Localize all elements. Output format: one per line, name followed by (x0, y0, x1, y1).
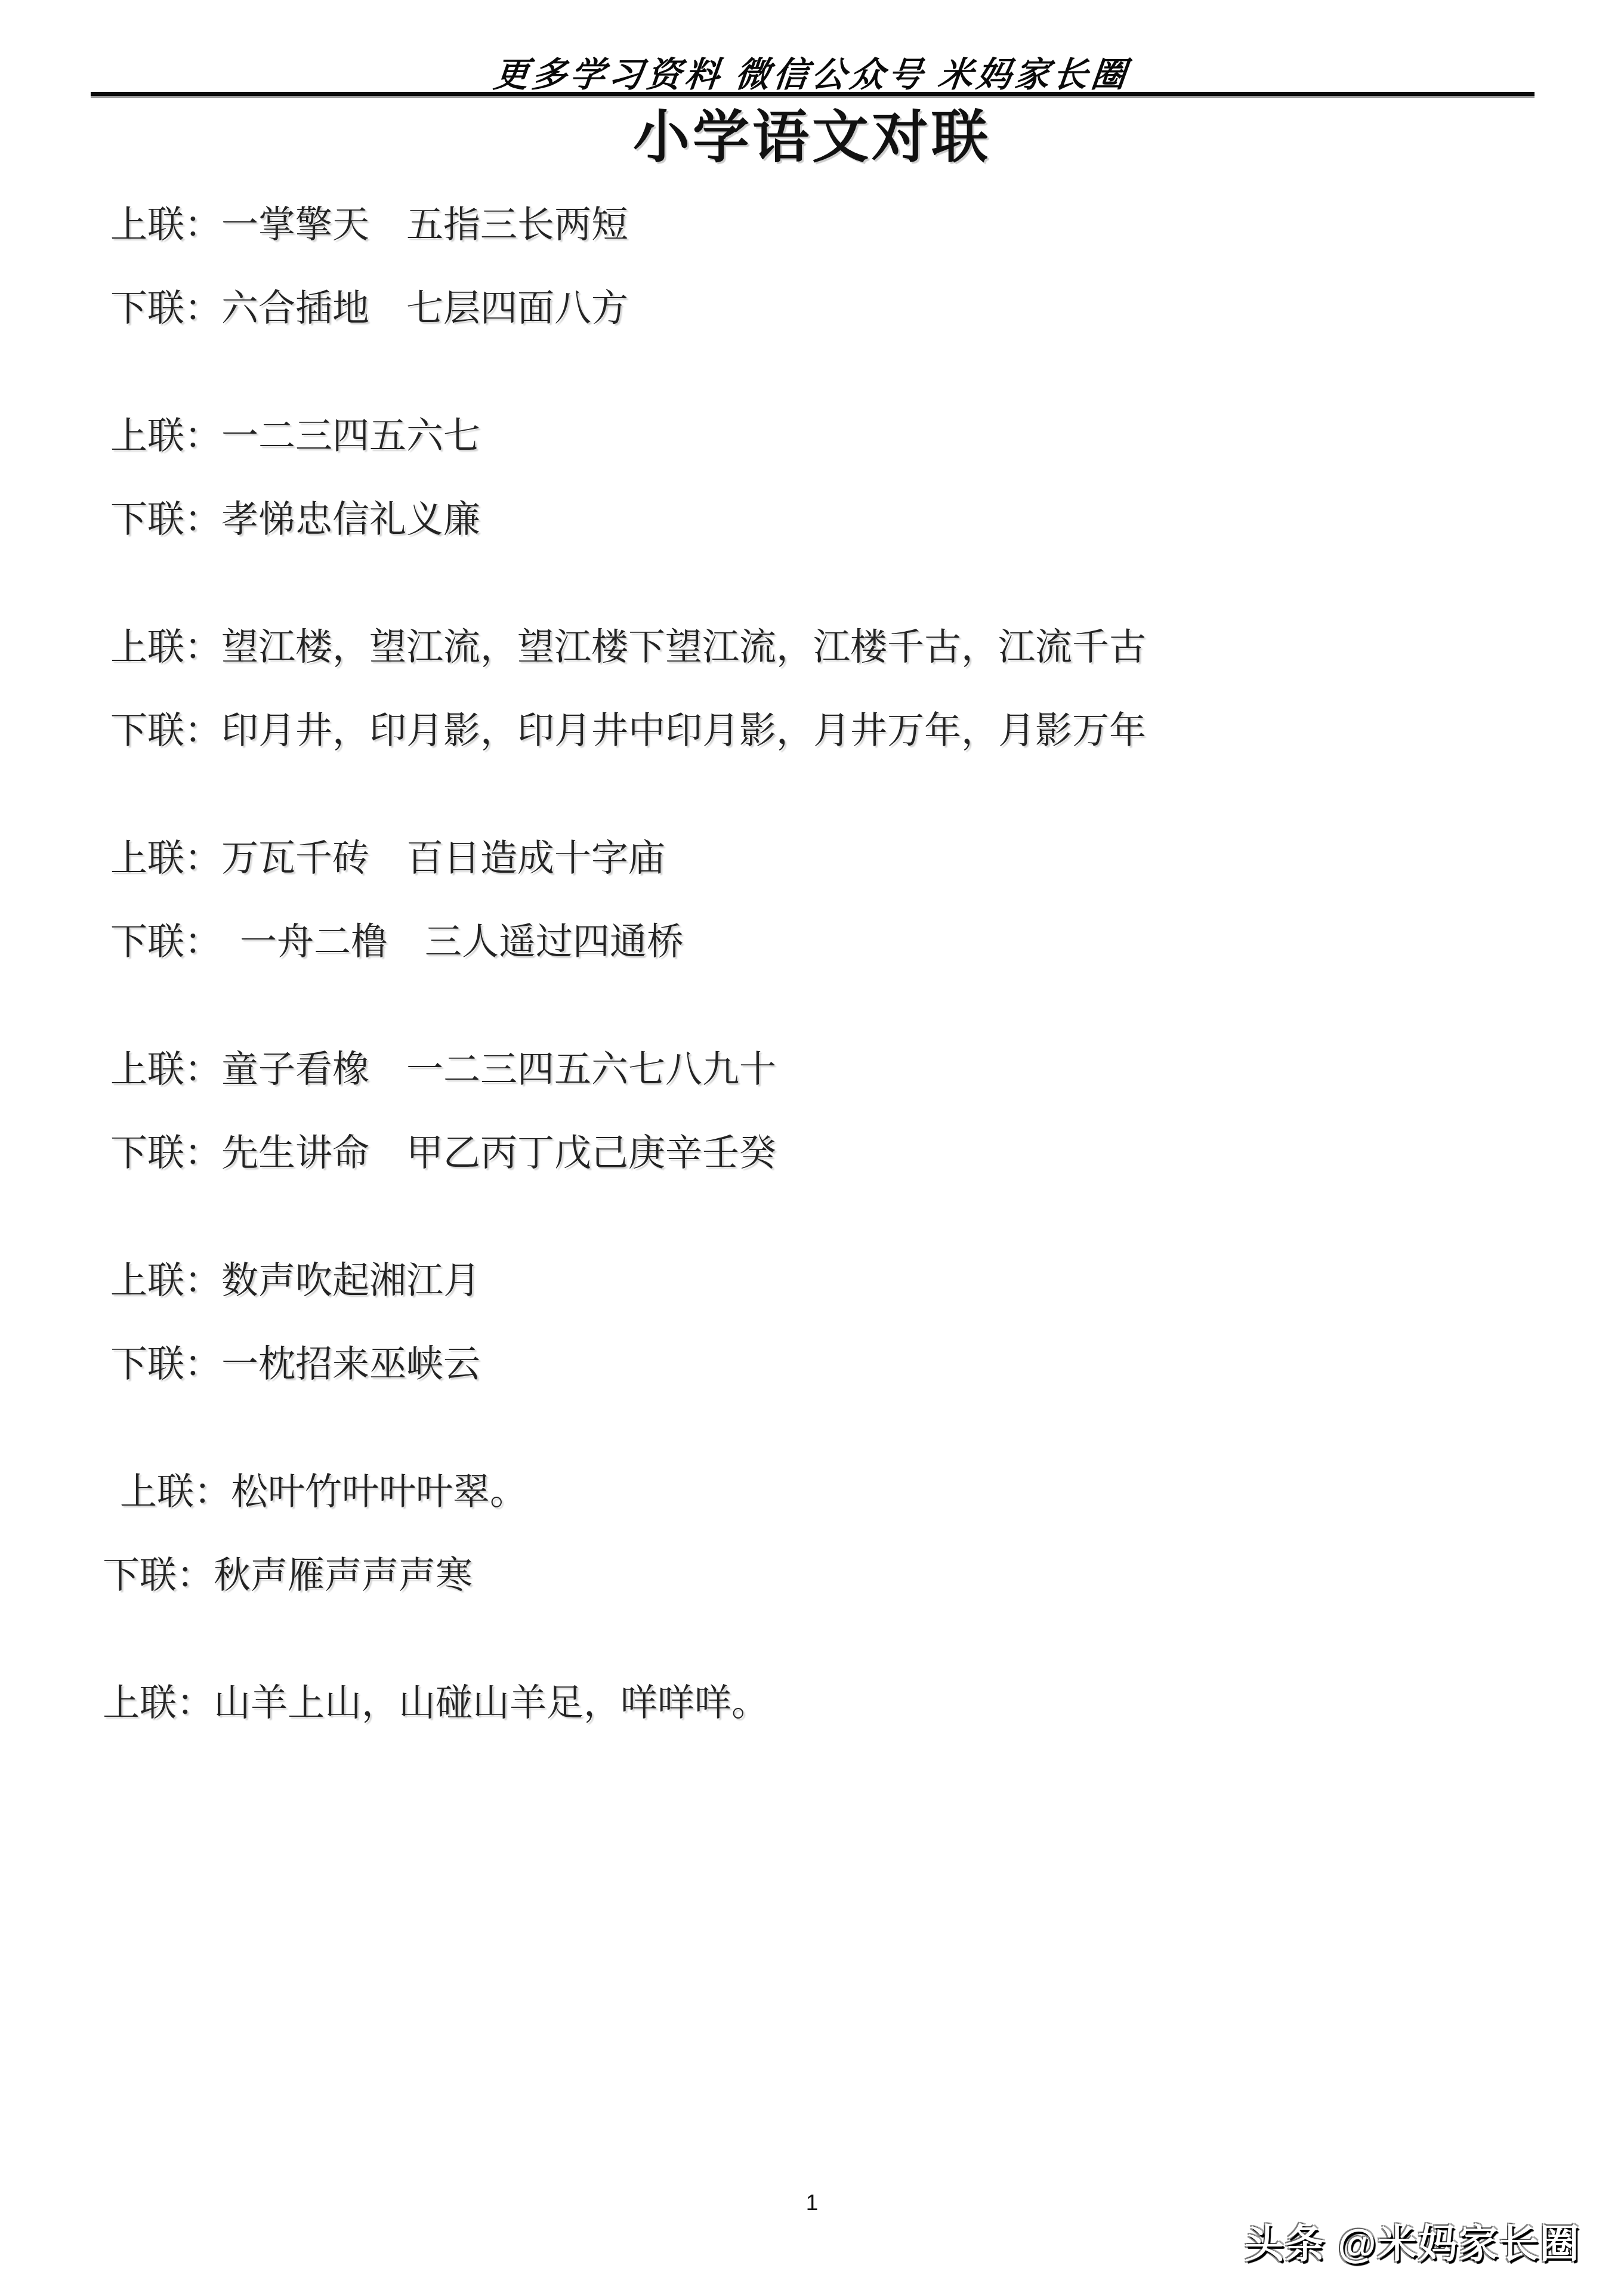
couplet-4: 上联：万瓦千砖 百日造成十字庙 下联： 一舟二橹 三人遥过四通桥 (110, 840, 1570, 961)
couplet-5: 上联：童子看橡 一二三四五六七八九十 下联：先生讲命 甲乙丙丁戊己庚辛壬癸 (110, 1052, 1570, 1172)
couplet-3-top-line: 上联：望江楼，望江流，望江楼下望江流，江楼千古，江流千古 (110, 629, 1570, 666)
couplet-4-top-line: 上联：万瓦千砖 百日造成十字庙 (110, 840, 1570, 877)
document-page: 更多学习资料 微信公众号 米妈家长圈 小学语文对联 上联：一掌擎天 五指三长两短… (0, 0, 1624, 2296)
couplet-7-bottom-line: 下联：秋声雁声声声寒 (103, 1558, 1570, 1594)
couplet-1-bottom-line: 下联：六合插地 七层四面八方 (110, 291, 1570, 327)
couplet-7-top-line: 上联：松叶竹叶叶叶翠。 (120, 1474, 1570, 1511)
couplet-3-bottom-line: 下联：印月井，印月影，印月井中印月影，月井万年，月影万年 (110, 713, 1570, 750)
couplet-6-top-line: 上联：数声吹起湘江月 (110, 1263, 1570, 1300)
couplet-5-bottom-line: 下联：先生讲命 甲乙丙丁戊己庚辛壬癸 (110, 1135, 1570, 1172)
couplet-2-top-line: 上联：一二三四五六七 (110, 418, 1570, 455)
couplet-7: 上联：松叶竹叶叶叶翠。 下联：秋声雁声声声寒 (110, 1474, 1570, 1594)
couplet-3: 上联：望江楼，望江流，望江楼下望江流，江楼千古，江流千古 下联：印月井，印月影，… (110, 629, 1570, 750)
couplet-6-bottom-line: 下联：一枕招来巫峡云 (110, 1346, 1570, 1383)
toutiao-watermark: 头条 @米妈家长圈 (1245, 2212, 1580, 2269)
couplet-8: 上联：山羊上山，山碰山羊足，咩咩咩。 (110, 1685, 1570, 1722)
couplet-2: 上联：一二三四五六七 下联：孝悌忠信礼义廉 (110, 418, 1570, 539)
couplet-1: 上联：一掌擎天 五指三长两短 下联：六合插地 七层四面八方 (110, 207, 1570, 327)
couplet-4-bottom-line: 下联： 一舟二橹 三人遥过四通桥 (110, 924, 1570, 961)
couplet-5-top-line: 上联：童子看橡 一二三四五六七八九十 (110, 1052, 1570, 1089)
couplet-2-bottom-line: 下联：孝悌忠信礼义廉 (110, 502, 1570, 539)
couplet-8-top-line: 上联：山羊上山，山碰山羊足，咩咩咩。 (103, 1685, 1570, 1722)
page-title: 小学语文对联 (0, 110, 1624, 166)
couplet-list: 上联：一掌擎天 五指三长两短 下联：六合插地 七层四面八方 上联：一二三四五六七… (110, 207, 1570, 1769)
header-rule (91, 92, 1535, 98)
header-slogan: 更多学习资料 微信公众号 米妈家长圈 (0, 47, 1624, 97)
couplet-6: 上联：数声吹起湘江月 下联：一枕招来巫峡云 (110, 1263, 1570, 1383)
couplet-1-top-line: 上联：一掌擎天 五指三长两短 (110, 207, 1570, 244)
